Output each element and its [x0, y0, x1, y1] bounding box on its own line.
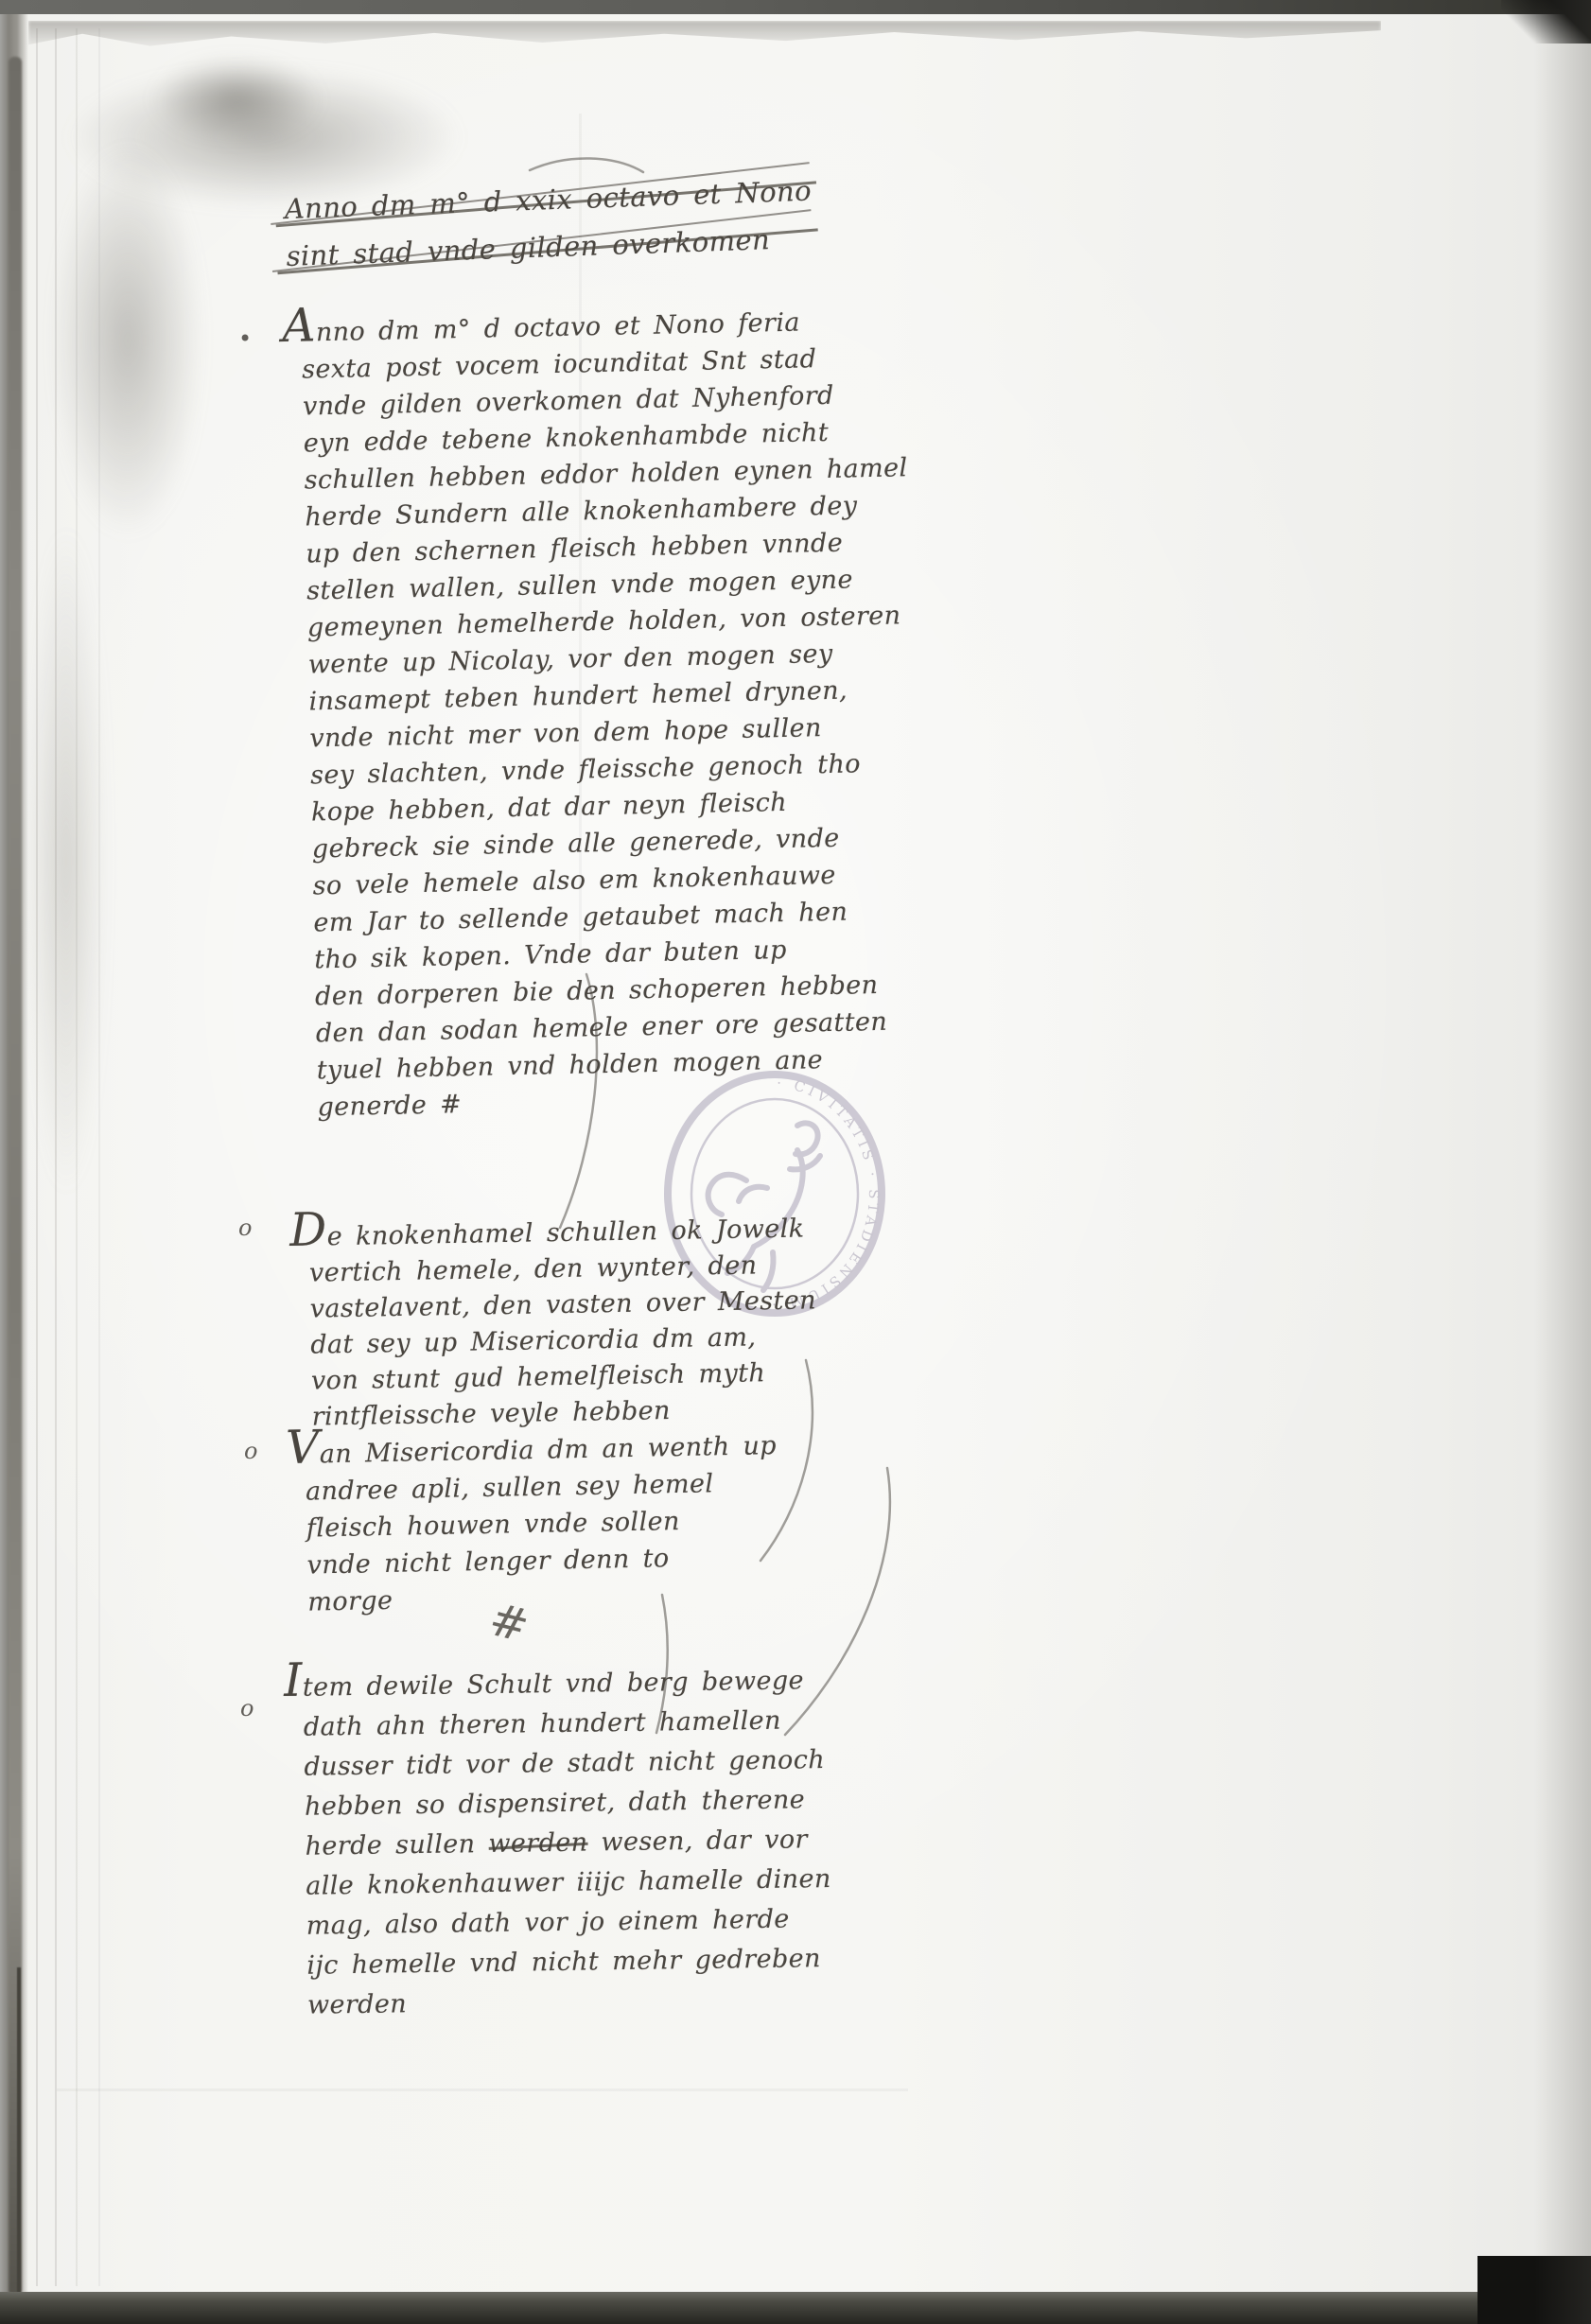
margin-mark: o [244, 1438, 257, 1464]
paragraph-2: De knokenhamel schullen ok Jowelkvertich… [289, 1209, 818, 1436]
manuscript-line: werden [288, 1979, 833, 2026]
manuscript-text: herde sullen [305, 1829, 488, 1861]
scan-top-edge [0, 0, 1591, 14]
page-stack-line [36, 28, 38, 2286]
paper-crease [57, 2088, 908, 2091]
page-curve-shadow [1534, 0, 1591, 2324]
binding-streak [9, 57, 22, 2296]
margin-mark: o [240, 1695, 254, 1721]
paragraph-3: Van Misericordia dm an wenth upandree ap… [286, 1426, 779, 1621]
edge-smudge [28, 530, 104, 1192]
binding-streak [17, 1967, 21, 2298]
margin-mark: • [238, 325, 252, 352]
struck-heading: Anno dm m° d xxix octavo et Nonosint sta… [284, 167, 813, 280]
manuscript-scan: · CIVITATIS · STADIENSIUM · Anno dm m° d… [0, 0, 1591, 2324]
struck-word: werden [488, 1828, 587, 1859]
edge-smudge [52, 142, 203, 539]
paragraph-1: Anno dm m° d octavo et Nono feriasexta p… [282, 301, 921, 1127]
manuscript-line: ijc hemelle vnd nicht mehr gedreben [288, 1939, 832, 1986]
paragraph-4: Item dewile Schult vnd berg bewegedath a… [284, 1661, 833, 2026]
scan-bottom-edge [0, 2292, 1591, 2324]
edge-smudge [151, 57, 322, 142]
margin-mark: o [238, 1214, 252, 1241]
manuscript-text: wesen, dar vor [587, 1825, 808, 1857]
